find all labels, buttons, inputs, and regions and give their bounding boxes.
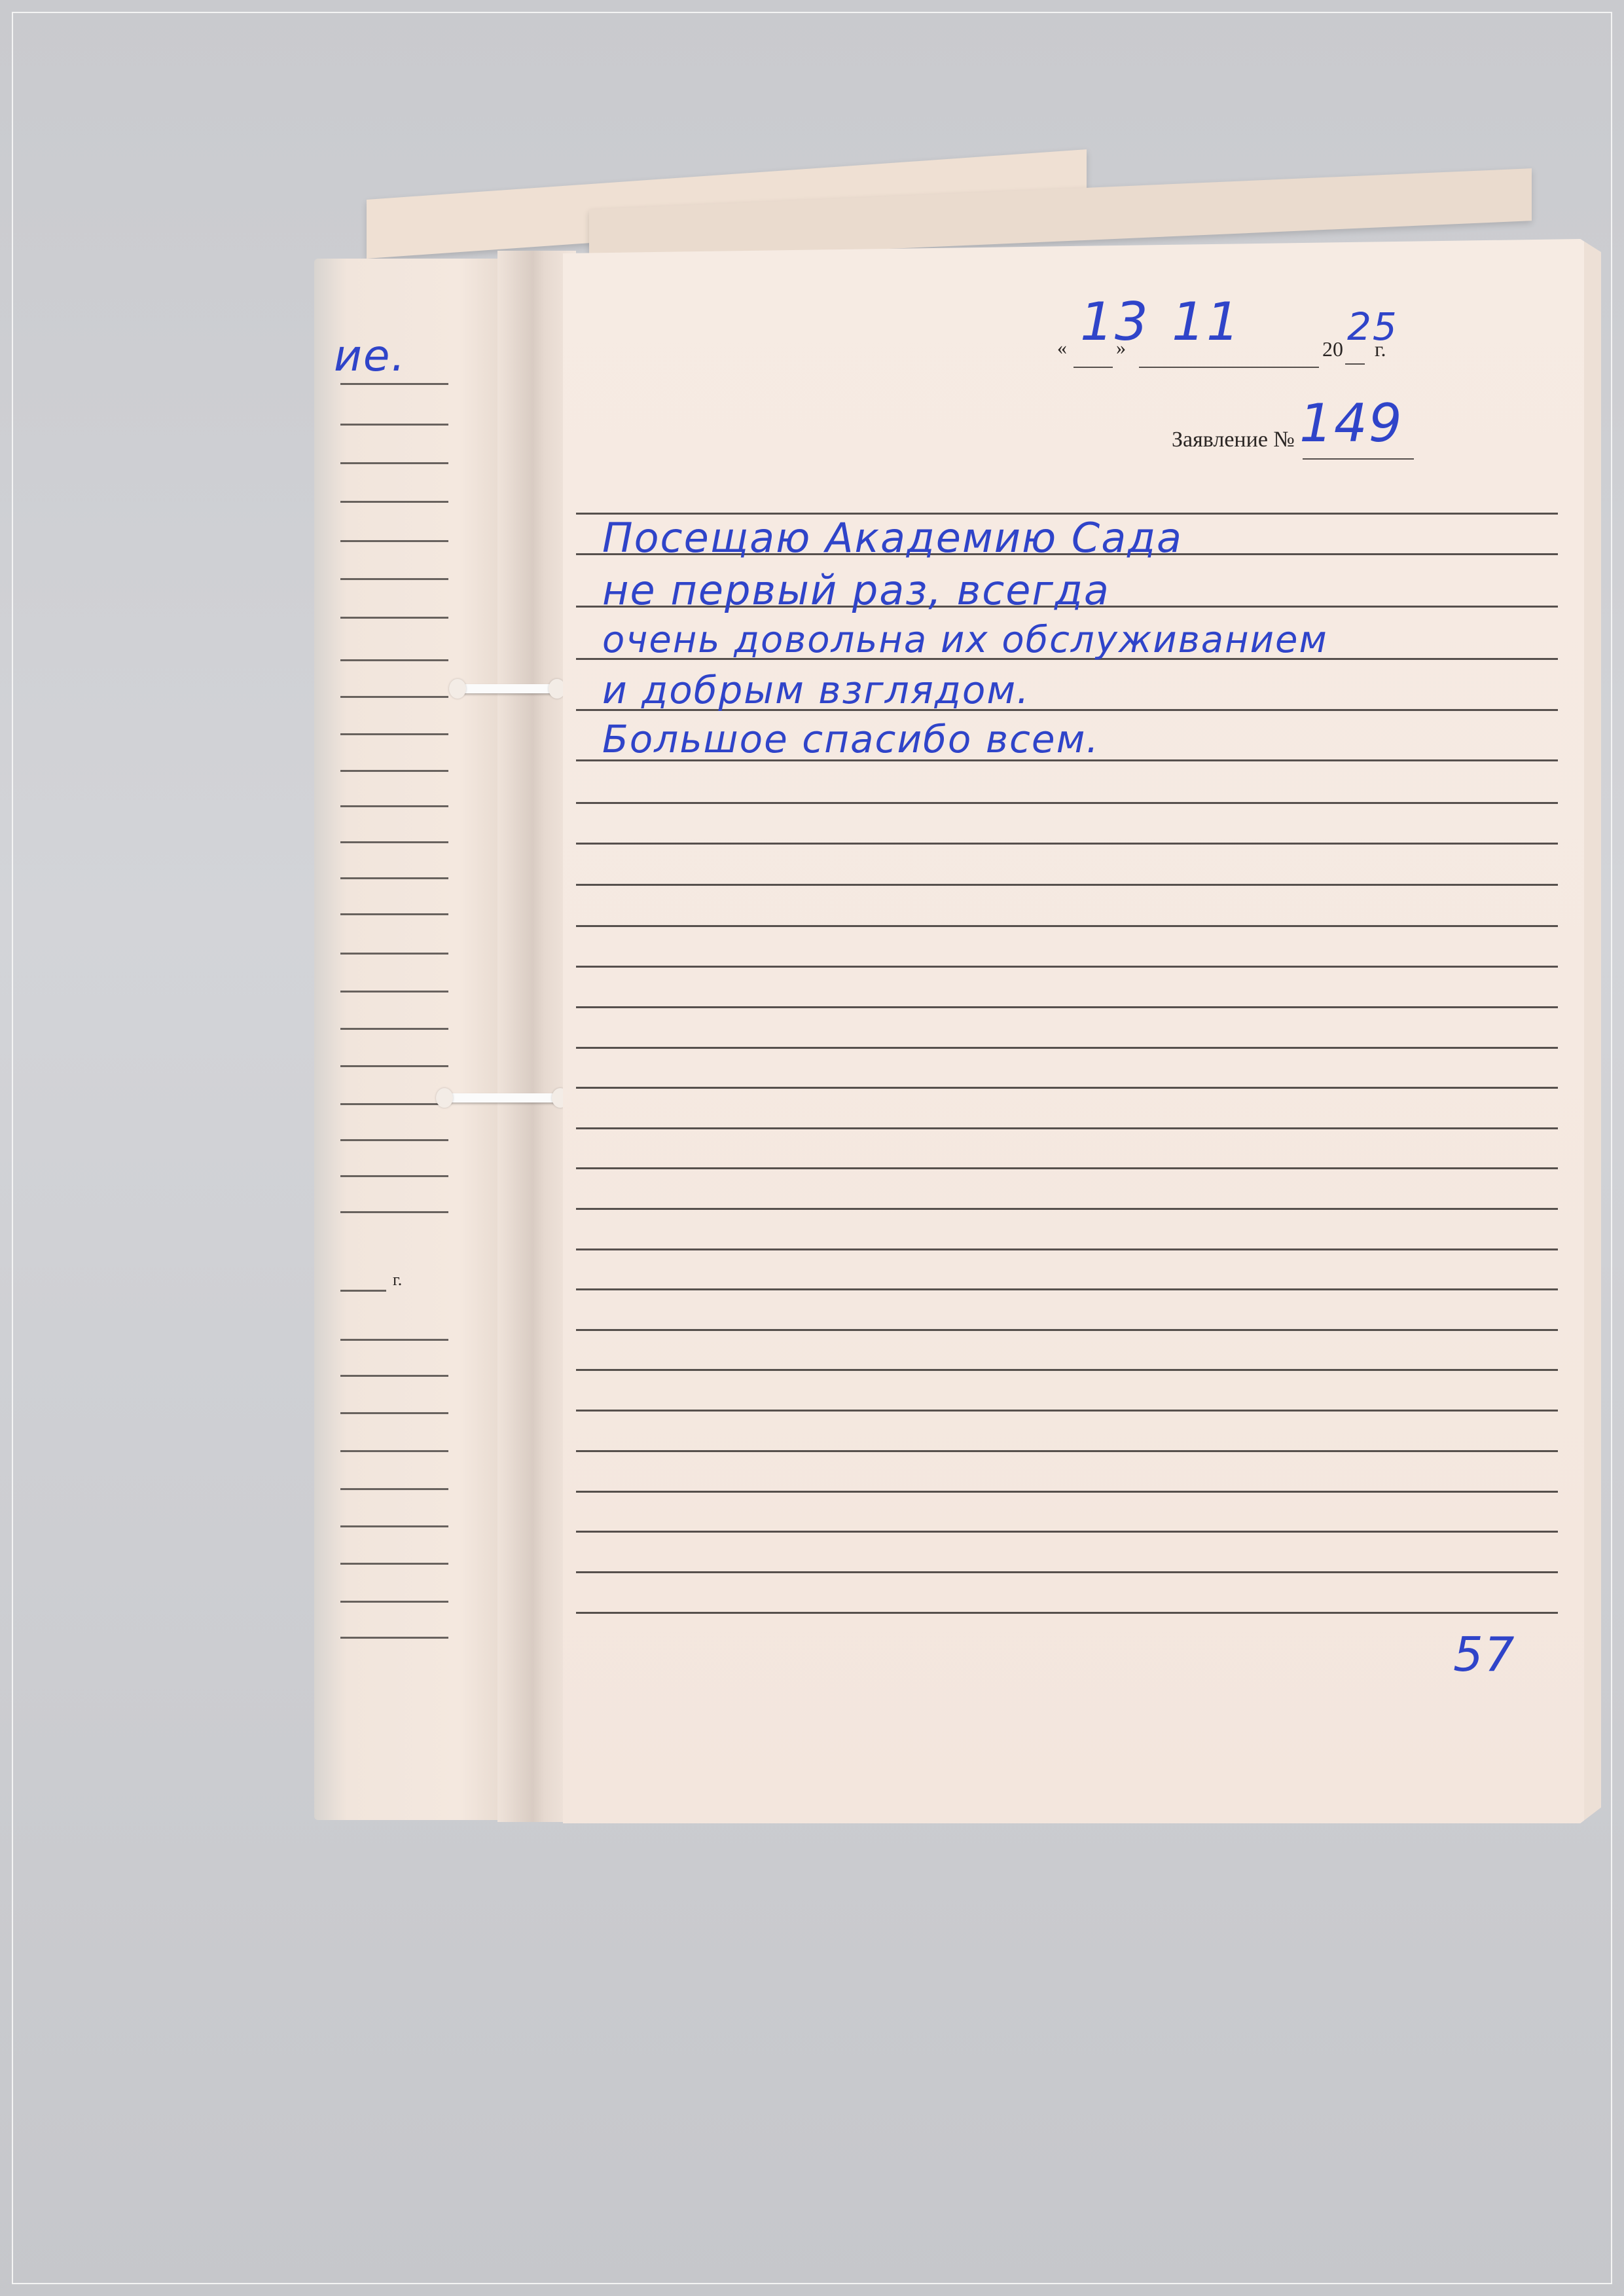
left-rule (340, 991, 448, 993)
left-rule (340, 501, 448, 503)
page-number: 57 (1453, 1627, 1516, 1682)
left-rule (340, 1211, 448, 1213)
date-year-label: г. (1375, 337, 1386, 361)
form-line (576, 884, 1558, 886)
left-rule (340, 770, 448, 772)
left-rule (340, 877, 448, 879)
form-line (576, 1006, 1558, 1008)
year-underline (1345, 363, 1365, 365)
left-rule (340, 1175, 448, 1177)
form-line (576, 925, 1558, 927)
left-stub-handwriting: ие. (334, 331, 406, 381)
day-underline (1074, 367, 1113, 368)
statement-number: 149 (1299, 393, 1403, 454)
left-rule (340, 578, 448, 580)
left-rule (340, 1139, 448, 1141)
feedback-book: ие. г. (314, 239, 1591, 1830)
left-rule (340, 805, 448, 807)
form-line (576, 1248, 1558, 1250)
form-line (576, 1329, 1558, 1331)
form-line (576, 1491, 1558, 1493)
statement-label: Заявление № (1172, 428, 1295, 452)
left-rule (340, 733, 448, 735)
form-line (576, 1531, 1558, 1533)
form-line (576, 1288, 1558, 1290)
left-rule (340, 1601, 448, 1603)
form-line (576, 1571, 1558, 1573)
binding-thread (445, 1093, 560, 1102)
statement-underline (1303, 458, 1414, 460)
left-rule (340, 1488, 448, 1490)
handwritten-line: Большое спасибо всем. (602, 717, 1100, 761)
form-line (576, 1047, 1558, 1049)
form-line (576, 1087, 1558, 1089)
left-rule (340, 841, 448, 843)
left-rule (340, 1412, 448, 1414)
form-line (576, 1612, 1558, 1614)
left-rule (340, 1103, 448, 1105)
left-rule (340, 540, 448, 542)
left-rule (340, 383, 448, 385)
left-page-stub: ие. г. (314, 259, 497, 1820)
handwritten-line: Посещаю Академию Сада (602, 514, 1183, 562)
date-month: 11 (1172, 291, 1241, 352)
left-rule (340, 1525, 448, 1527)
date-open-quote: « (1057, 337, 1067, 359)
left-rule (340, 1290, 386, 1292)
left-year-label: г. (393, 1270, 402, 1290)
left-rule (340, 913, 448, 915)
form-line (576, 1369, 1558, 1371)
form-line (576, 1410, 1558, 1412)
left-rule (340, 696, 448, 698)
form-line (576, 966, 1558, 968)
handwritten-line: очень довольна их обслуживанием (602, 619, 1328, 661)
left-rule (340, 1065, 448, 1067)
left-rule (340, 617, 448, 619)
form-line (576, 802, 1558, 804)
form-line (576, 1208, 1558, 1210)
date-year-prefix: 20 (1322, 337, 1343, 361)
binding-thread (458, 684, 556, 693)
form-line (576, 1167, 1558, 1169)
handwritten-line: и добрым взглядом. (602, 668, 1030, 712)
date-day: 13 (1080, 291, 1149, 352)
left-rule (340, 1339, 448, 1341)
left-rule (340, 1450, 448, 1452)
form-line (576, 1127, 1558, 1129)
left-rule (340, 1563, 448, 1565)
left-rule (340, 1028, 448, 1030)
left-rule (340, 462, 448, 464)
handwritten-line: не первый раз, всегда (602, 566, 1110, 614)
date-close-quote: » (1116, 337, 1126, 359)
left-rule (340, 659, 448, 661)
left-rule (340, 1637, 448, 1639)
form-page: « 13 » 11 20 25 г. Заявление № 149 (563, 239, 1601, 1823)
form-line (576, 1450, 1558, 1452)
month-underline (1139, 367, 1319, 368)
form-line (576, 843, 1558, 845)
date-year-suffix: 25 (1347, 304, 1398, 349)
left-rule (340, 1375, 448, 1377)
left-rule (340, 424, 448, 426)
left-rule (340, 953, 448, 955)
